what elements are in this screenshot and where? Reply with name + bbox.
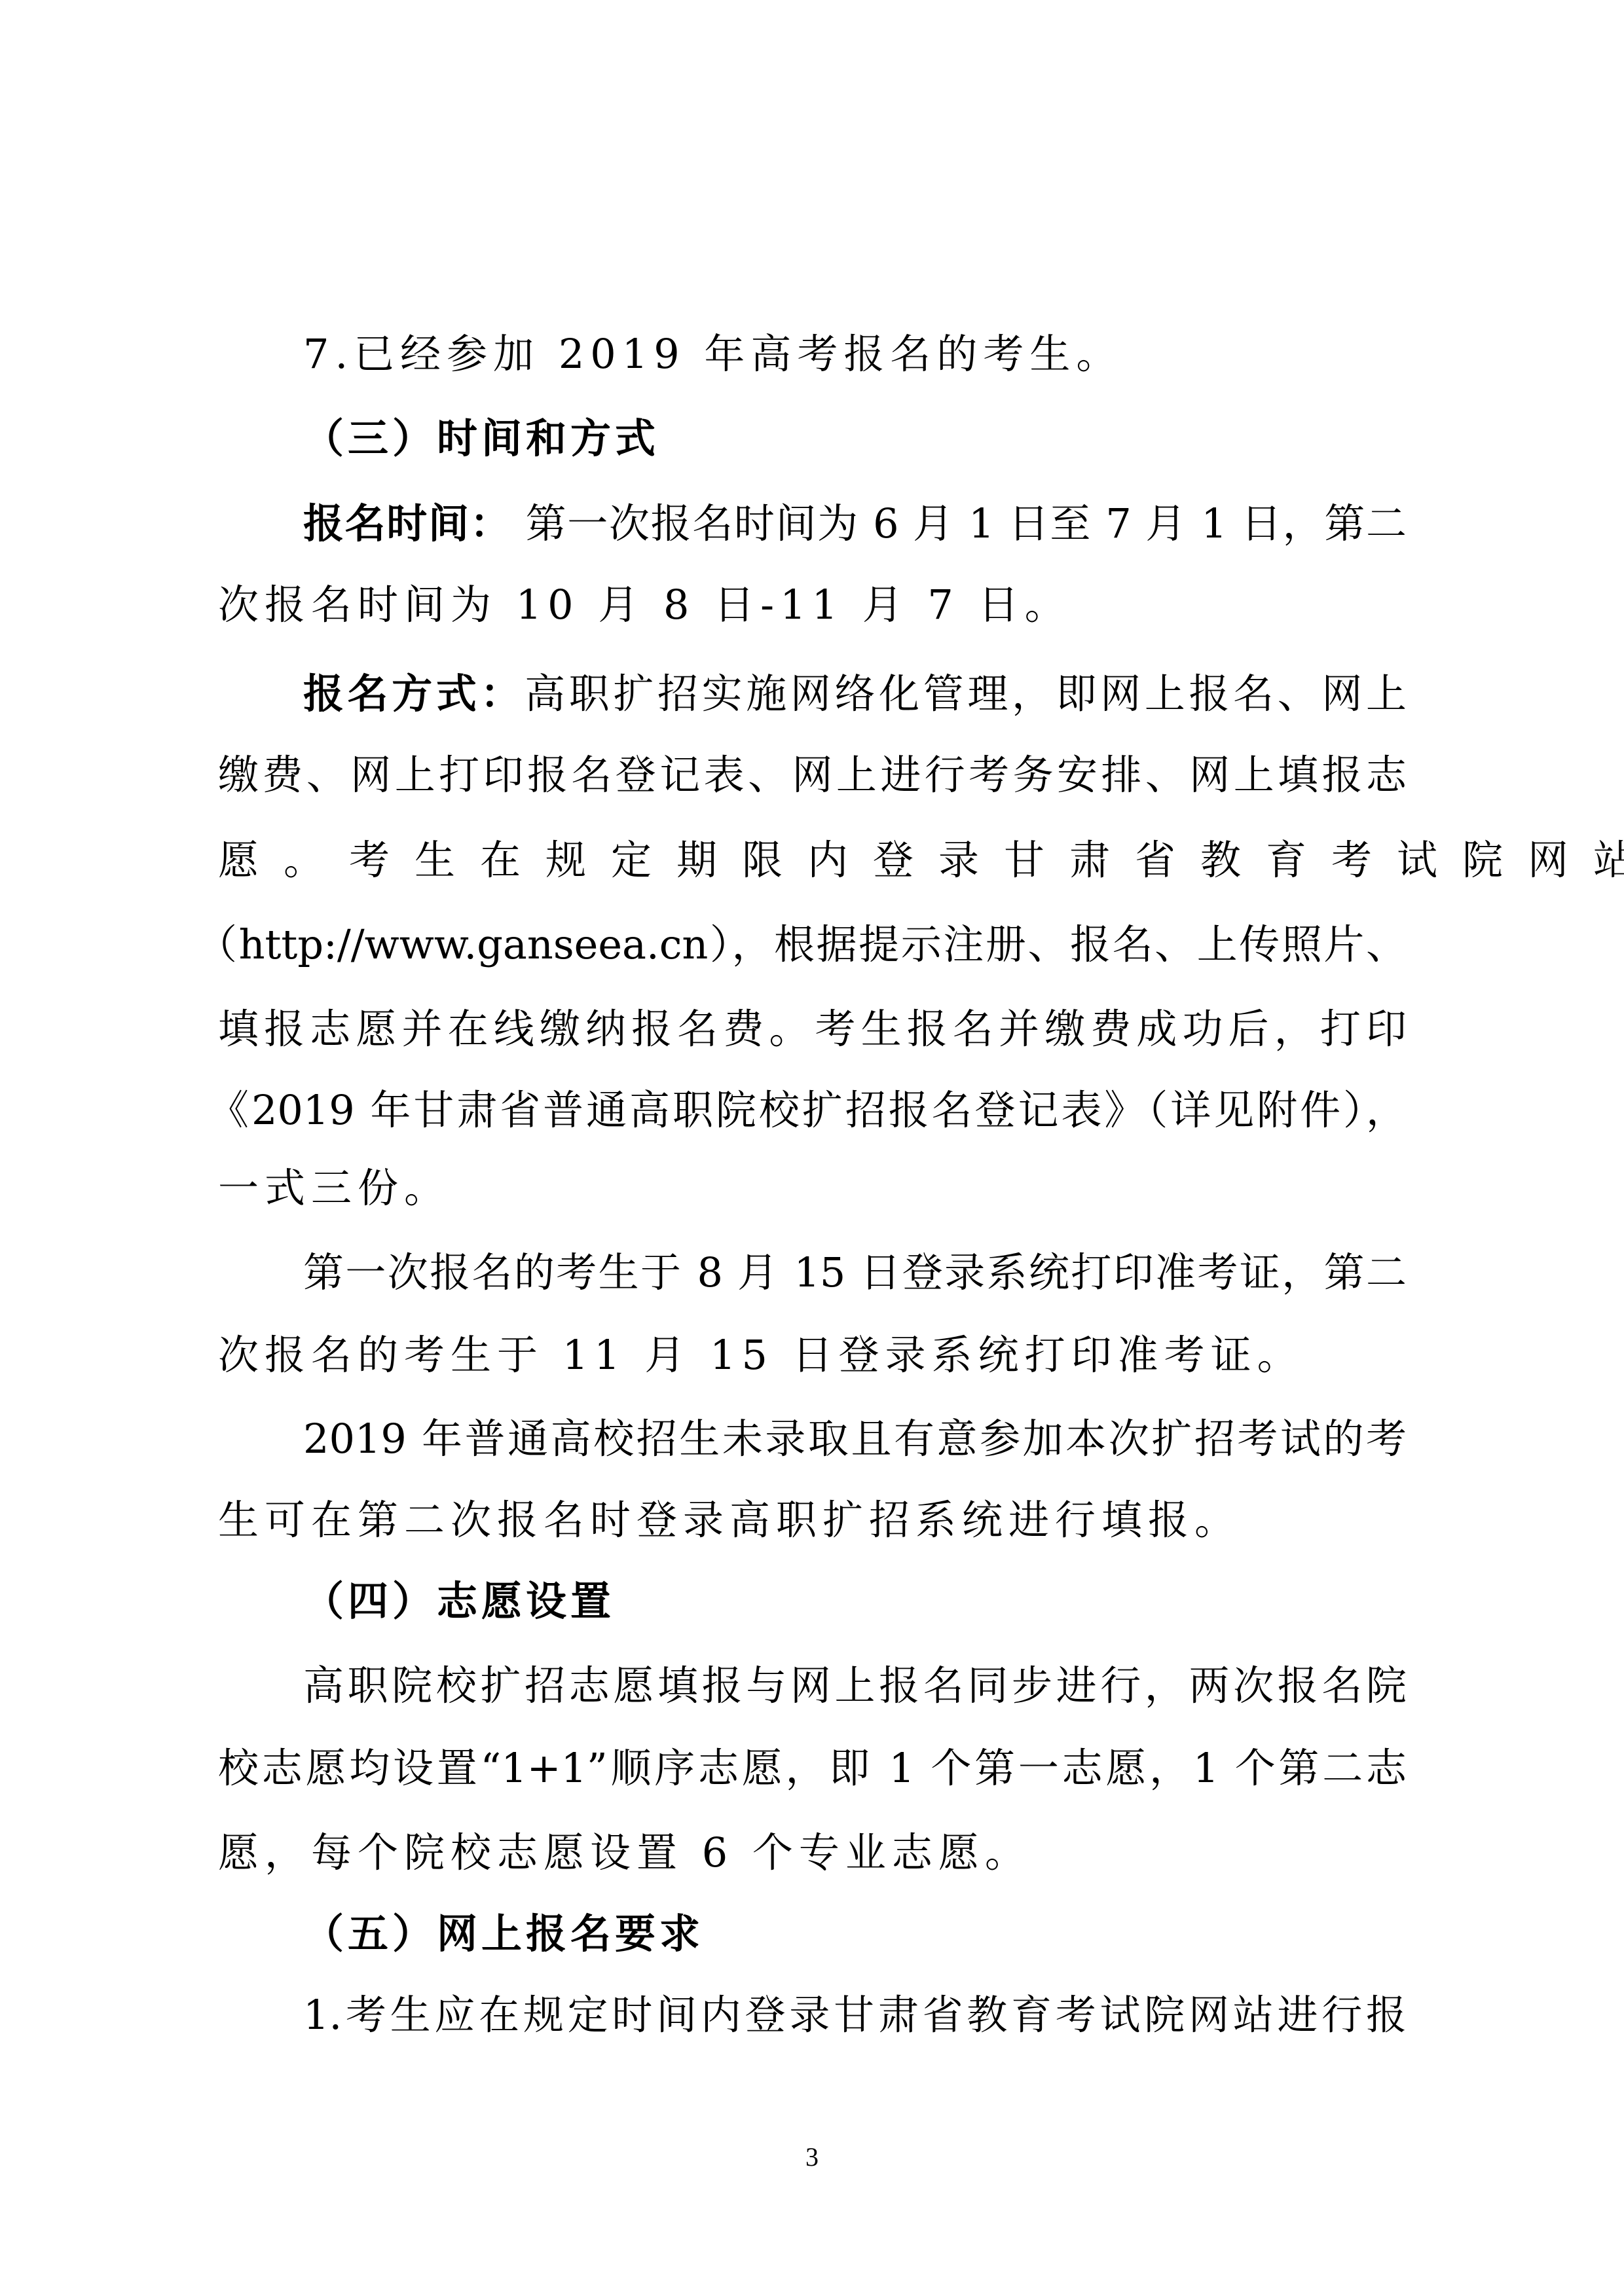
paragraph-line: 校志愿均设置“1+1”顺序志愿，即 1 个第一志愿，1 个第二志 (218, 1739, 1407, 1798)
paragraph-line: 次报名的考生于 11 月 15 日登录系统打印准考证。 (218, 1326, 1407, 1385)
paragraph-unadmitted-students: 2019 年普通高校招生未录取且有意参加本次扩招考试的考 (303, 1410, 1407, 1468)
paragraph-line: 缴费、网上打印报名登记表、网上进行考务安排、网上填报志 (218, 746, 1407, 805)
section-heading-4: （四）志愿设置 (303, 1572, 1407, 1631)
paragraph-line: 愿。考生在规定期限内登录甘肃省教育考试院网站 (218, 831, 1407, 890)
paragraph-registration-method: 报名方式：高职扩招实施网络化管理，即网上报名、网上 (303, 665, 1407, 723)
paragraph-text: 第一次报名时间为 6 月 1 日至 7 月 1 日，第二 (511, 500, 1407, 547)
section-heading-5: （五）网上报名要求 (303, 1904, 1407, 1963)
paragraph-line: 次报名时间为 10 月 8 日-11 月 7 日。 (218, 575, 1407, 634)
label-registration-method: 报名方式： (303, 670, 525, 718)
list-item-7: 7.已经参加 2019 年高考报名的考生。 (303, 325, 1407, 384)
paragraph-line: 《2019 年甘肃省普通高职院校扩招报名登记表》（详见附件）， (208, 1081, 1407, 1140)
paragraph-text: 高职扩招实施网络化管理，即网上报名、网上 (525, 670, 1407, 718)
list-item-text: 7.已经参加 2019 年高考报名的考生。 (303, 330, 1122, 378)
page-number: 3 (0, 2144, 1624, 2170)
paragraph-line: 一式三份。 (218, 1159, 1407, 1218)
paragraph-line: 愿，每个院校志愿设置 6 个专业志愿。 (218, 1823, 1407, 1882)
paragraph-line: 生可在第二次报名时登录高职扩招系统进行填报。 (218, 1491, 1407, 1550)
list-item-1: 1.考生应在规定时间内登录甘肃省教育考试院网站进行报 (303, 1986, 1407, 2045)
label-registration-time: 报名时间： (303, 500, 511, 547)
document-page: 7.已经参加 2019 年高考报名的考生。 （三）时间和方式 报名时间： 第一次… (0, 0, 1624, 2296)
paragraph-admission-ticket: 第一次报名的考生于 8 月 15 日登录系统打印准考证，第二 (303, 1243, 1407, 1302)
paragraph-line: 填报志愿并在线缴纳报名费。考生报名并缴费成功后，打印 (218, 1000, 1407, 1059)
paragraph-registration-time: 报名时间： 第一次报名时间为 6 月 1 日至 7 月 1 日，第二 (303, 494, 1407, 553)
paragraph-preferences: 高职院校扩招志愿填报与网上报名同步进行，两次报名院 (303, 1656, 1407, 1715)
website-link-line: （http://www.ganseea.cn），根据提示注册、报名、上传照片、 (196, 915, 1407, 974)
section-heading-3: （三）时间和方式 (303, 409, 1407, 468)
